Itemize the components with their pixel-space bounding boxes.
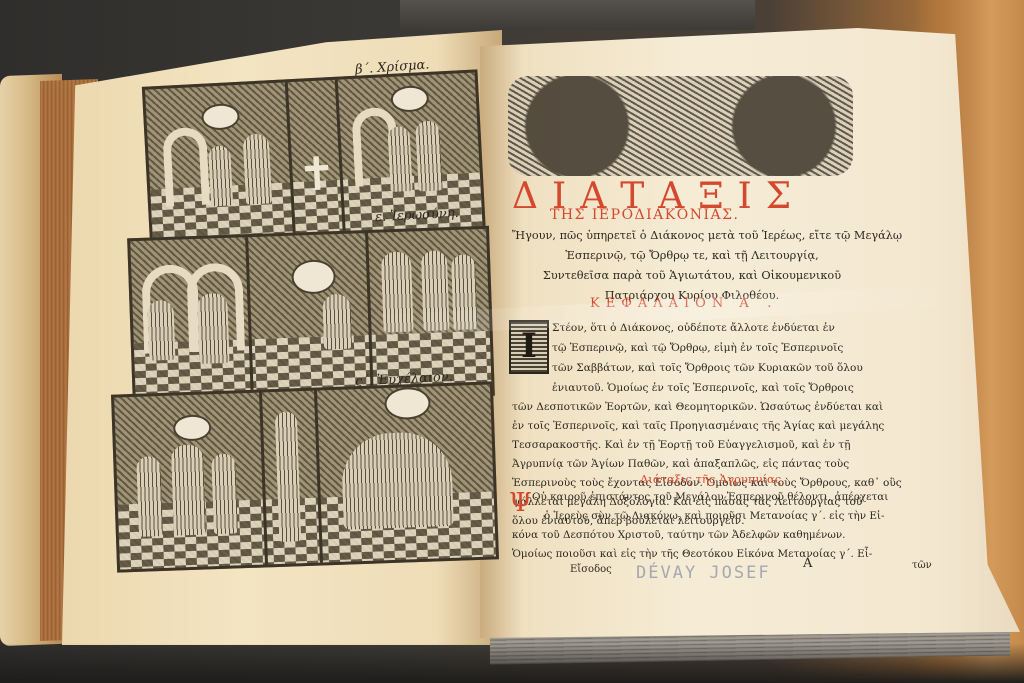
signature-mark: Α (803, 556, 812, 571)
figure (415, 120, 443, 191)
ornamental-headpiece (508, 76, 853, 176)
body-line: τῶν Δεσποτικῶν Ἑορτῶν, καὶ Θεομητορικῶν.… (512, 398, 902, 417)
woodcut-panel-bottom (111, 381, 499, 572)
section-text: Οὐ καιροῦ ἐπιστάντος τοῦ Μεγάλου Ἑσπεριν… (532, 488, 888, 564)
figure (197, 293, 229, 364)
dove-rays-icon (384, 387, 431, 421)
dove-halo-icon (390, 85, 429, 113)
figure (136, 456, 163, 537)
section-initial: Ψ (509, 490, 532, 516)
cross-icon: ✝ (296, 150, 337, 198)
catchword: τῶν (912, 560, 932, 571)
body-line: τῷ Ἑσπερινῷ, καὶ τῷ Ὄρθρῳ, εἰμὴ ἐν τοῖς … (552, 338, 863, 358)
body-text-indented: Στέον, ὅτι ὁ Διάκονος, οὐδέποτε ἄλλοτε ἐ… (552, 318, 863, 398)
background-book (400, 0, 755, 30)
intro-line: Ἤγουν, πῶς ὑπηρετεῖ ὁ Διάκονος μετὰ τοῦ … (512, 226, 872, 246)
signature-text: Εἴσοδος (570, 564, 612, 575)
figure (208, 145, 233, 206)
dove-halo-icon (173, 414, 212, 441)
compiled-line: Συντεθεῖσα παρὰ τοῦ Ἁγιωτάτου, καὶ Οἰκου… (512, 266, 872, 286)
intro-line: Ἑσπερινῷ, τῷ Ὄρθρῳ τε, καὶ τῇ Λειτουργίᾳ… (512, 246, 872, 266)
body-line: τῶν Σαββάτων, καὶ τοῖς Ὄρθροις τῶν Κυρια… (552, 358, 863, 378)
section-line: Οὐ καιροῦ ἐπιστάντος τοῦ Μεγάλου Ἑσπεριν… (532, 488, 888, 507)
figure (242, 133, 272, 204)
display-case-shadow (0, 643, 1024, 683)
section-line: Ὁμοίως ποιοῦσι καὶ εἰς τὴν τῆς Θεοτόκου … (512, 545, 888, 564)
figure (322, 294, 352, 350)
page-subtitle: ΤΗΣ ΙΕΡΟΔΙΑΚΟΝΙΑΣ. (550, 207, 739, 223)
section-line: ὁ Ἱερεὺς σὺν τῷ Διακόνῳ, καὶ ποιοῦσι Μετ… (532, 507, 888, 526)
drop-initial-letter: I (511, 326, 547, 366)
dove-halo-icon (291, 259, 336, 295)
body-line: ἐν τοῖς Ἑσπερινοῖς, καὶ ταῖς Προηγιασμέν… (512, 417, 902, 436)
dove-halo-icon (201, 103, 240, 131)
intro-text: Ἤγουν, πῶς ὑπηρετεῖ ὁ Διάκονος μετὰ τοῦ … (512, 226, 872, 266)
figure (387, 126, 412, 192)
figure (211, 453, 238, 534)
figure (171, 445, 206, 536)
body-line: Τεσσαρακοστῆς. Καὶ ἐν τῇ Ἑορτῇ τοῦ Εὐαγγ… (512, 436, 902, 455)
section-line: κόνα τοῦ Δεσπότου Χριστοῦ, ταύτην τῶν Ἀδ… (512, 526, 888, 545)
group-of-figures (341, 431, 454, 530)
body-line: ἐνιαυτοῦ. Ὁμοίως ἐν τοῖς Ἑσπερινοῖς, καὶ… (552, 378, 863, 398)
owner-stamp: DÉVAY JOSEF (636, 563, 771, 583)
section-heading: Διάταξις τῆς Ἀγρυπνίας. (640, 472, 785, 486)
figure (147, 300, 175, 361)
floral-column (275, 411, 302, 542)
arch (162, 127, 210, 207)
